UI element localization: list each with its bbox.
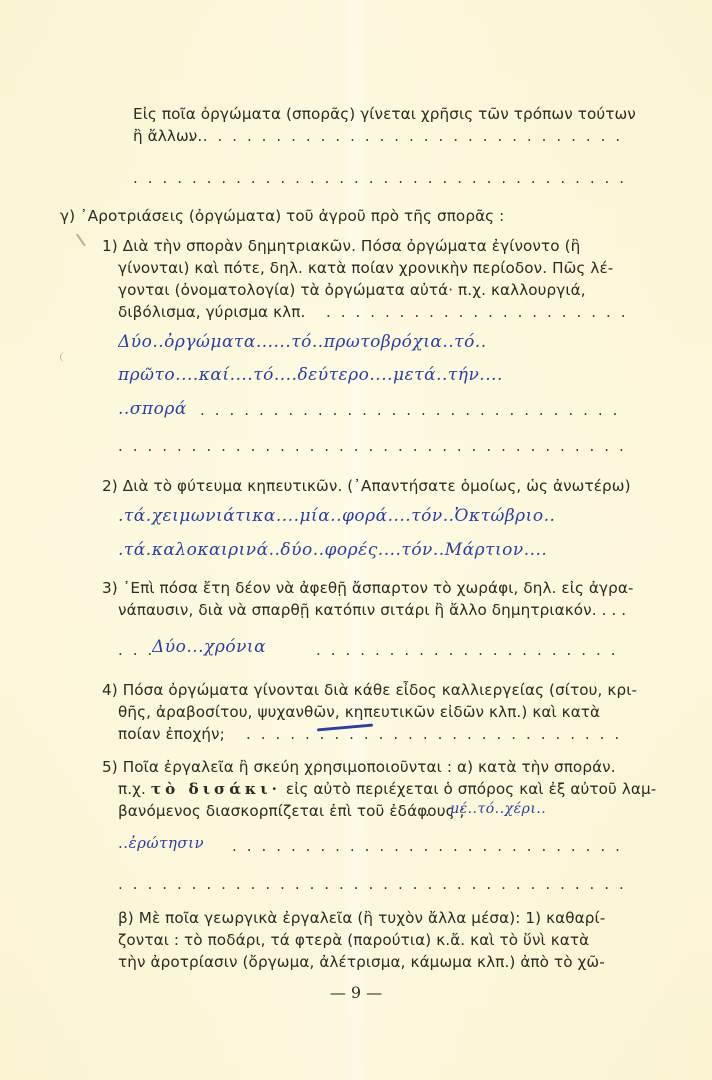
q5b-line-1: β) Μὲ ποῖα γεωργικὰ ἐργαλεῖα (ἢ τυχὸν ἄλ… (118, 908, 605, 928)
scanned-page: Εἰς ποῖα ὀργώματα (σπορᾶς) γίνεται χρῆσι… (0, 0, 712, 1080)
dot-leader: . . . . . . . . . . . . . . . . . . . . … (188, 126, 625, 146)
q3-line-2: νάπαυσιν, διὰ νὰ σπαρθῇ κατόπιν σιτάρι ἢ… (118, 600, 626, 620)
q1-line-4: διβόλισμα, γύρισμα κλπ. (118, 302, 305, 322)
dot-leader: . . . . . . . . . . . . . . . . . . . . … (246, 724, 625, 744)
dot-leader: . . . . . . . . . . . . . . . . . . . . … (200, 400, 625, 420)
dot-leader: . . . . . . . . . . . . . . . . . . . . … (316, 640, 625, 660)
dot-leader: . . . . . . . . . . . . . . . . . . . . … (326, 302, 625, 322)
q5-handwritten-answer-inline: μέ..τό..χέρι.. (450, 798, 630, 820)
q5b-line-2: ζονται : τὸ ποδάρι, τά φτερὰ (παρούτια) … (118, 930, 589, 950)
q4-line-1: 4) Πόσα ὀργώματα γίνονται διὰ κάθε εἶδος… (102, 680, 637, 700)
q1-line-2: γίνονται) καὶ πότε, δηλ. κατὰ ποίαν χρον… (118, 258, 613, 278)
dot-leader: . . . . . . . . . . . . . . . . . . . . … (425, 801, 451, 821)
q1-line-1: 1) Διὰ τὴν σπορὰν δημητριακῶν. Πόσα ὀργώ… (102, 236, 580, 256)
q5-line-2-text: εἰς αὐτὸ περιέχεται ὁ σπόρος καὶ ἐξ αὐτο… (286, 780, 656, 798)
q5-line-1: 5) Ποῖα ἐργαλεῖα ἢ σκεύη χρησιμοποιοῦντα… (102, 757, 616, 777)
pencil-tick-mark (76, 234, 85, 246)
q2-question: 2) Διὰ τὸ φύτευμα κηπευτικῶν. (᾿Απαντήσα… (102, 476, 631, 496)
q2-handwritten-answer-1: .τά.χειμωνιάτικα....μία..φορά....τόν..Ὀκ… (118, 505, 628, 527)
q1-handwritten-answer-2: πρῶτο....καί....τό....δεύτερο....μετά..τ… (118, 364, 628, 386)
page-number: — 9 — (0, 983, 712, 1002)
dot-leader: . . . . . . . . . . . . . . . . . . . . … (118, 640, 154, 660)
q5b-line-3: τὴν ἀροτρίασιν (ὄργωμα, ἀλέτρισμα, κάμωμ… (118, 952, 605, 972)
q1-handwritten-answer-3: ..σπορά (118, 398, 198, 420)
q4-line-3: ποίαν ἐποχήν; (118, 724, 225, 744)
section-gamma-heading: γ) ᾿Αροτριάσεις (ὀργώματα) τοῦ ἀγροῦ πρὸ… (60, 206, 504, 226)
q2-handwritten-answer-2: .τά.καλοκαιρινά..δύο..φορές....τόν..Μάρτ… (118, 539, 628, 561)
intro-line-1: Εἰς ποῖα ὀργώματα (σπορᾶς) γίνεται χρῆσι… (133, 104, 636, 124)
dot-leader: . . . . . . . . . . . . . . . . . . . . … (133, 168, 625, 188)
q5-line-3: βανόμενος διασκορπίζεται ἐπὶ τοῦ ἐδάφους… (118, 801, 465, 821)
q5-example-term: τὸ δισάκι· (151, 780, 281, 798)
q5-line-2: π.χ. τὸ δισάκι· εἰς αὐτὸ περιέχεται ὁ σπ… (118, 779, 656, 799)
q1-line-3: γονται (ὀνοματολογία) τὰ ὀργώματα αὐτά· … (118, 280, 586, 300)
q4-line-2: θῆς, ἀραβοσίτου, ψυχανθῶν, κηπευτικῶν εἰ… (118, 702, 600, 722)
q1-handwritten-answer-1: Δύο..ὀργώματα......τό..πρωτοβρόχια..τό.. (118, 331, 628, 353)
dot-leader: . . . . . . . . . . . . . . . . . . . . … (118, 874, 625, 894)
q3-line-1: 3) ᾿Επὶ πόσα ἔτη δέον νὰ ἀφεθῇ ἄσπαρτον … (102, 578, 634, 598)
q5-example-prefix: π.χ. (118, 780, 146, 798)
dot-leader: . . . . . . . . . . . . . . . . . . . . … (118, 436, 625, 456)
margin-pencil-mark (60, 352, 67, 362)
dot-leader: . . . . . . . . . . . . . . . . . . . . … (232, 836, 625, 856)
q3-handwritten-answer: Δύο...χρόνια (152, 636, 332, 658)
